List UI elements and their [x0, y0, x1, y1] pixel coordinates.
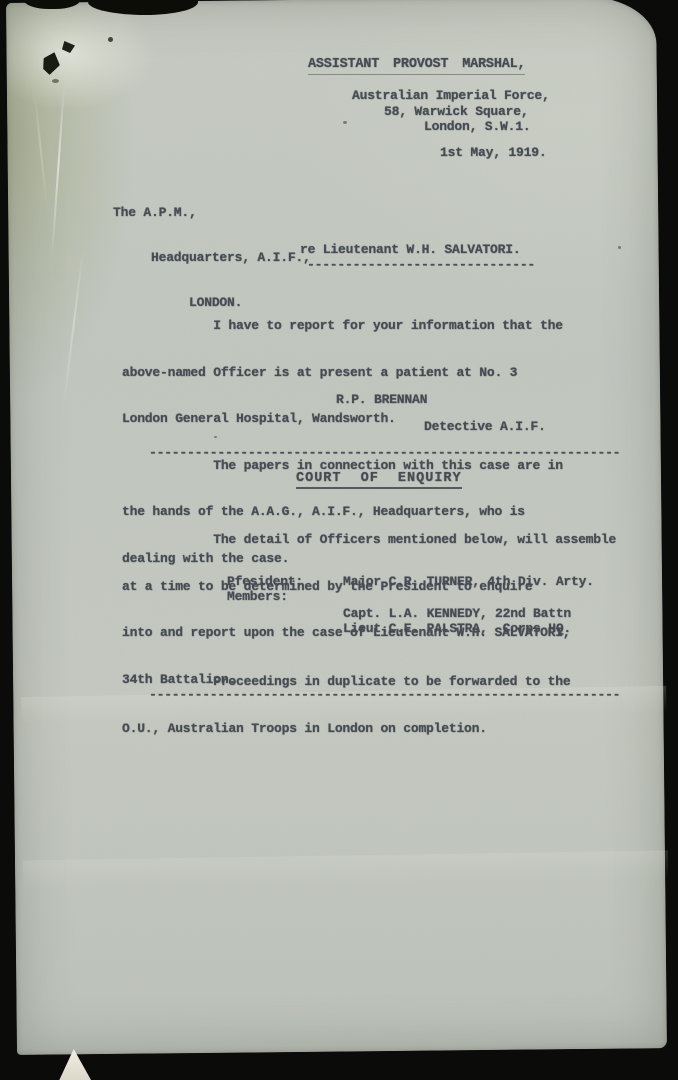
letter-date: 1st May, 1919. [440, 145, 546, 160]
recipient-line: The A.P.M., [113, 205, 311, 220]
letterhead-org: Australian Imperial Force, [352, 88, 550, 103]
recipient-line: Headquarters, A.I.F., [113, 250, 311, 265]
letterhead-office: ASSISTANT PROVOST MARSHAL, [308, 57, 525, 75]
letterhead-city: London, S.W.1. [424, 119, 530, 134]
member-name: Capt. L.A. KENNEDY, 22nd Battn [343, 606, 571, 621]
enquiry-heading: COURT OF ENQUIRY [296, 471, 462, 489]
scan-background: ASSISTANT PROVOST MARSHAL, Australian Im… [0, 0, 678, 1080]
subject-line: re Lieutenant W.H. SALVATORI. [300, 242, 520, 257]
report-line: above-named Officer is at present a pati… [122, 365, 563, 382]
letterhead-street: 58, Warwick Square, [384, 104, 528, 119]
separator-line: ----------------------------------------… [149, 687, 620, 702]
member-name: Lieut.C.E. PALSTRA, Corps HQ. [343, 621, 571, 636]
signature-title: Detective A.I.F. [424, 419, 546, 434]
president-name: Major C.R. TURNER, 4th Div. Arty. [343, 574, 594, 589]
typed-text-layer: ASSISTANT PROVOST MARSHAL, Australian Im… [0, 0, 678, 1080]
enquiry-line: The detail of Officers mentioned below, … [122, 532, 616, 549]
closing-paragraph: Proceedings in duplicate to be forwarded… [122, 644, 570, 768]
signature-name: R.P. BRENNAN [336, 392, 427, 407]
president-label: Pfesident: [227, 574, 303, 589]
members-label: Members: [227, 589, 288, 604]
closing-line: O.U., Australian Troops in London on com… [122, 721, 570, 738]
subject-underline: ------------------------------ [307, 257, 535, 272]
report-line: I have to report for your information th… [122, 318, 563, 335]
separator-line: ----------------------------------------… [149, 445, 620, 460]
